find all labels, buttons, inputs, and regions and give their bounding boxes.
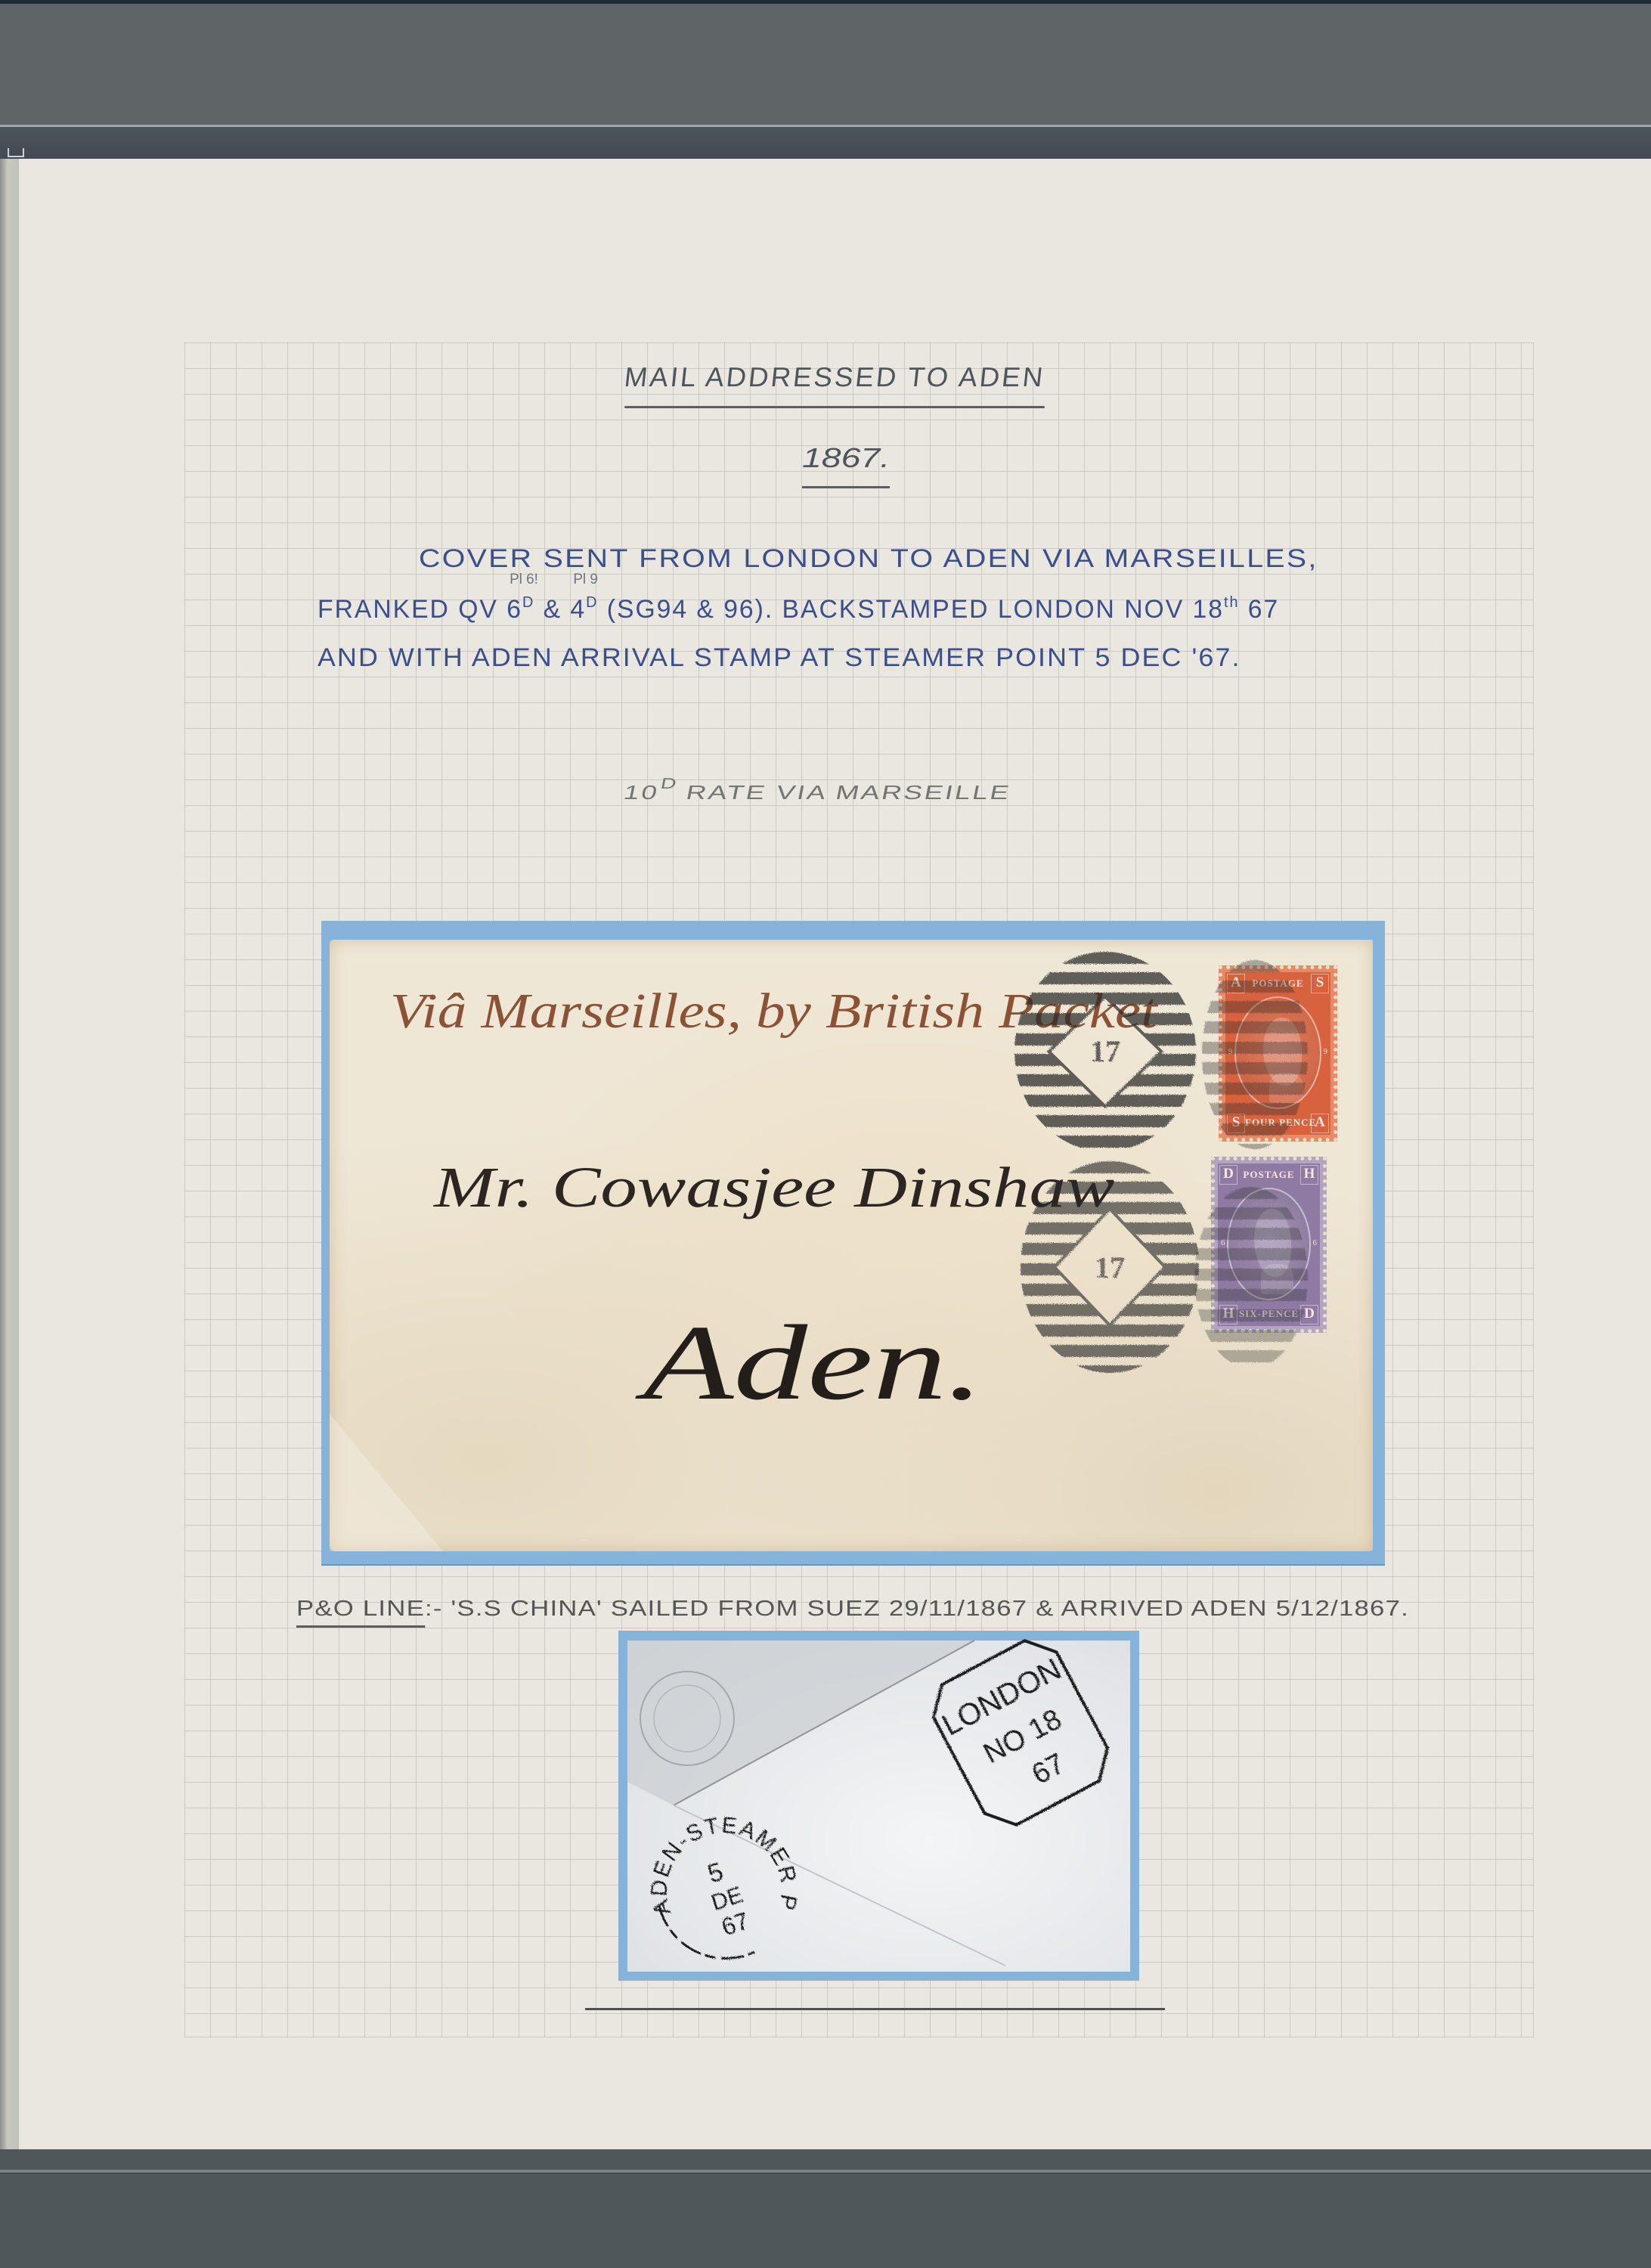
queen-victoria-portrait-icon bbox=[1227, 1188, 1311, 1300]
corner-letter: H bbox=[1300, 1165, 1318, 1185]
stamp2-value-group: Pl 94D bbox=[570, 594, 598, 624]
plate-annotation-6d: Pl 6! bbox=[510, 572, 538, 588]
corner-letter: S bbox=[1227, 1114, 1245, 1133]
plate-annotation-4d: Pl 9 bbox=[573, 572, 597, 588]
voyage-label: P&O LINE bbox=[296, 1597, 425, 1628]
corner-letter: D bbox=[1300, 1305, 1318, 1325]
stamp-top-label: POSTAGE bbox=[1245, 978, 1311, 990]
scan-top-background bbox=[0, 0, 1651, 125]
backstamp-photo bbox=[627, 1641, 1130, 1972]
stamp1-unit: D bbox=[522, 594, 534, 611]
corner-letter: A bbox=[1227, 974, 1245, 993]
title-underline bbox=[624, 406, 1045, 408]
stamp-four-pence: A S S A POSTAGE 9 9 FOUR PENCE bbox=[1219, 965, 1337, 1142]
cover-addressee: Mr. Cowasjee Dinshaw bbox=[434, 1155, 1114, 1221]
description-line-1: COVER SENT FROM LONDON TO ADEN VIA MARSE… bbox=[419, 544, 1318, 574]
cover-destination: Aden. bbox=[643, 1300, 983, 1424]
cover-endorsement: Viâ Marseilles, by British Packet bbox=[390, 983, 1157, 1040]
description-line-2: FRANKED QV Pl 6!6D & Pl 94D (SG94 & 96).… bbox=[317, 594, 1279, 624]
scan-corner-mark bbox=[8, 148, 24, 157]
line2-prefix: FRANKED QV bbox=[317, 595, 506, 624]
plate-number: 9 bbox=[1324, 1047, 1328, 1056]
page-title: MAIL ADDRESSED TO ADEN bbox=[623, 361, 1047, 393]
stamp-design: A S S A POSTAGE 9 9 FOUR PENCE bbox=[1225, 972, 1330, 1135]
stamp2-value: 4 bbox=[570, 595, 586, 624]
line2-joiner: & bbox=[534, 595, 570, 624]
plate-number: 6 bbox=[1313, 1238, 1318, 1247]
plate-number: 6 bbox=[1221, 1238, 1225, 1247]
plate-number: 9 bbox=[1228, 1047, 1233, 1056]
description-line-3: AND WITH ADEN ARRIVAL STAMP AT STEAMER P… bbox=[317, 643, 1241, 673]
rate-amount: 10 bbox=[621, 781, 661, 804]
stamp-value-label: SIX-PENCE bbox=[1237, 1308, 1300, 1320]
stamp-six-pence: D H H D POSTAGE 6 6 SIX-PENCE bbox=[1211, 1157, 1327, 1333]
stamp1-value-group: Pl 6!6D bbox=[506, 594, 534, 624]
album-binding-strip bbox=[0, 159, 19, 2149]
line2-middle: (SG94 & 96). BACKSTAMPED LONDON NOV 18 bbox=[598, 595, 1224, 624]
stamp2-unit: D bbox=[586, 594, 598, 611]
line2-ordinal: th bbox=[1224, 594, 1240, 611]
line2-suffix: 67 bbox=[1239, 595, 1279, 624]
stamp-top-label: POSTAGE bbox=[1237, 1169, 1300, 1181]
closing-rule bbox=[585, 2008, 1165, 2010]
album-page-protector-edge bbox=[0, 125, 1651, 159]
stamp1-value: 6 bbox=[506, 595, 522, 624]
stamp-design: D H H D POSTAGE 6 6 SIX-PENCE bbox=[1218, 1163, 1320, 1326]
corner-letter: H bbox=[1219, 1305, 1237, 1325]
stamp-value-label: FOUR PENCE bbox=[1245, 1117, 1311, 1129]
cover-fold-corner bbox=[330, 1414, 443, 1551]
corner-letter: S bbox=[1311, 974, 1329, 993]
scan-bottom-rail bbox=[0, 2170, 1651, 2173]
page-year: 1867. bbox=[802, 442, 890, 474]
queen-victoria-portrait-icon bbox=[1234, 996, 1321, 1109]
year-underline bbox=[802, 486, 890, 488]
voyage-text: :- 'S.S CHINA' SAILED FROM SUEZ 29/11/18… bbox=[425, 1597, 1409, 1621]
rate-text: RATE VIA MARSEILLE bbox=[674, 781, 1013, 804]
voyage-note: P&O LINE:- 'S.S CHINA' SAILED FROM SUEZ … bbox=[296, 1597, 1409, 1622]
corner-letter: D bbox=[1219, 1165, 1237, 1185]
scan-bottom-background bbox=[0, 2149, 1651, 2268]
rate-note: 10D RATE VIA MARSEILLE bbox=[621, 776, 1014, 804]
